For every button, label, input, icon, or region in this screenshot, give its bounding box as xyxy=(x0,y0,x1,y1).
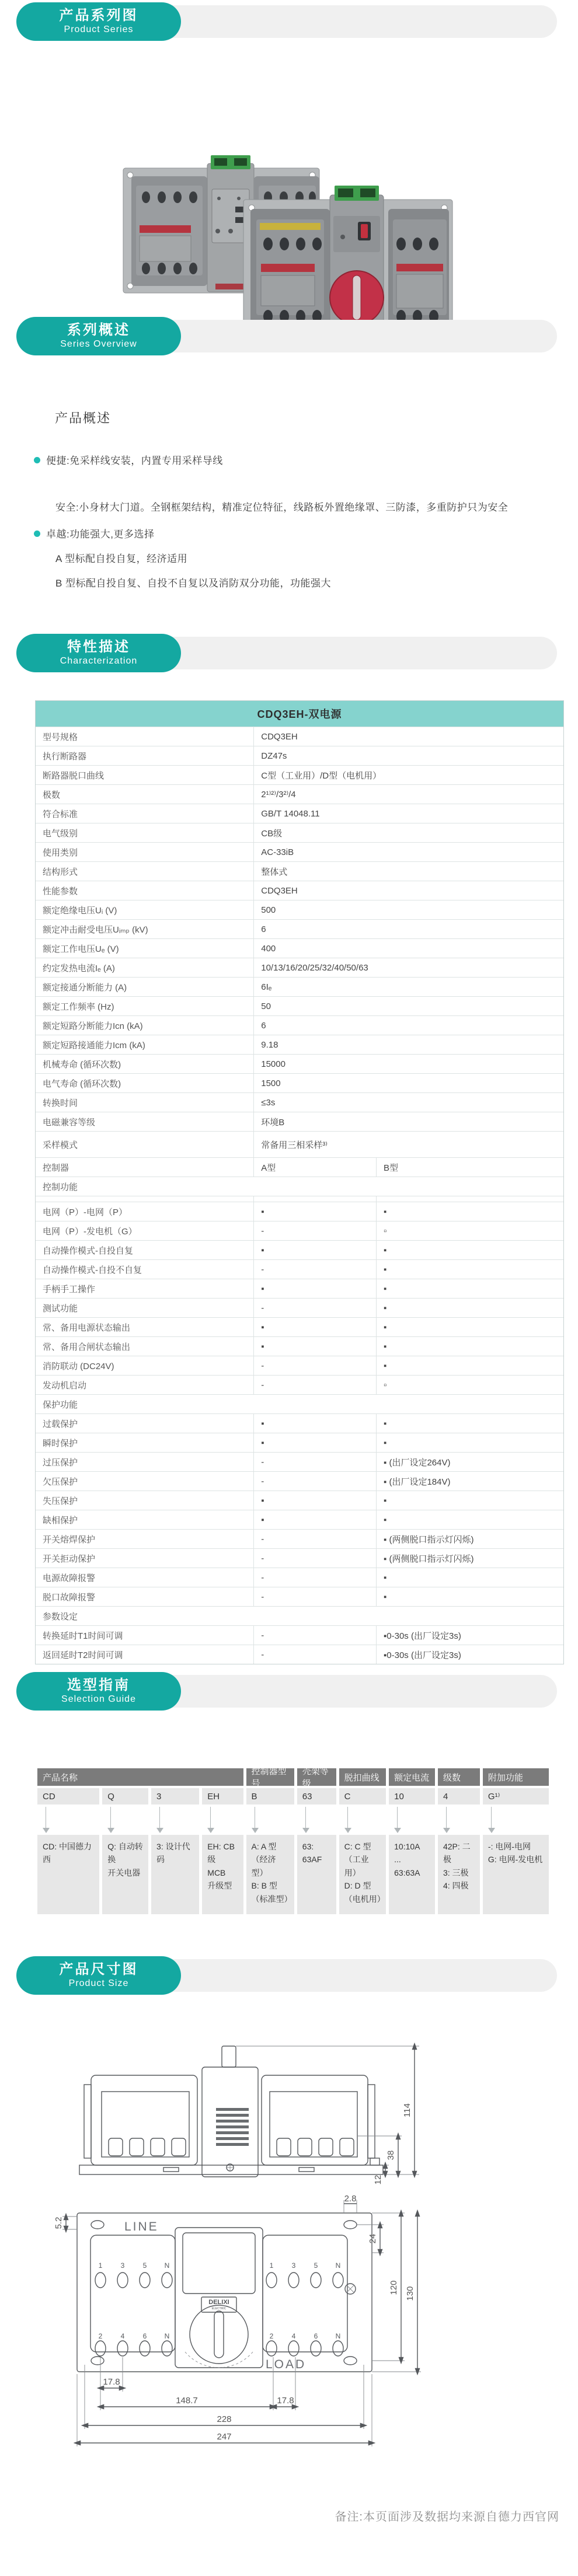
spec-row-value-b: ▪ xyxy=(377,1491,563,1510)
spec-row: 自动操作模式-自投不自复-▪ xyxy=(36,1259,563,1279)
selection-code-cell: Q xyxy=(102,1788,148,1804)
terminal-label: 3 xyxy=(121,2261,125,2270)
spec-row-label: 断路器脱口曲线 xyxy=(36,766,254,784)
badge-title-zh: 特性描述 xyxy=(67,640,130,655)
spec-row-value-a: ▪ xyxy=(254,1202,377,1221)
spec-row: 电气寿命 (循环次数)1500 xyxy=(36,1073,563,1092)
spec-row-value-b: ▪ xyxy=(377,1337,563,1356)
selection-header-cell: 额定电流 xyxy=(389,1768,435,1786)
spec-row: 电网（P）-电网（P）▪▪ xyxy=(36,1202,563,1221)
spec-row-value-a: ▪ xyxy=(254,1510,377,1529)
spec-row-value: 常备用三相采样³⁾ xyxy=(254,1132,563,1157)
section-badge-series-overview: 系列概述 Series Overview xyxy=(16,317,557,355)
spec-row-value-b: ▪ xyxy=(377,1299,563,1317)
badge-title-zh: 选型指南 xyxy=(67,1678,130,1693)
selection-explanation-cell: 42P: 二极 3: 三极 4: 四极 xyxy=(438,1835,480,1914)
section-badge-product-size: 产品尺寸图 Product Size xyxy=(16,1956,557,1995)
spec-row-label: 过压保护 xyxy=(36,1453,254,1471)
spec-row: 自动操作模式-自投自复▪▪ xyxy=(36,1240,563,1259)
spec-spacer-cell xyxy=(36,1196,254,1202)
spec-row: 采样模式常备用三相采样³⁾ xyxy=(36,1131,563,1157)
spec-row-value: 2¹⁾²⁾/3²⁾/4 xyxy=(254,785,563,804)
terminal-label: 4 xyxy=(292,2332,296,2340)
bullet-dot-icon xyxy=(34,530,40,537)
terminal-label: N xyxy=(165,2261,170,2270)
selection-code-cell: 10 xyxy=(389,1788,435,1804)
spec-row-value: 6 xyxy=(254,920,563,938)
selection-code-cell: EH xyxy=(202,1788,243,1804)
spec-row: 手柄手工操作▪▪ xyxy=(36,1279,563,1298)
selection-header-cell: 级数 xyxy=(438,1768,480,1786)
spec-row-label: 额定工作电压Uₑ (V) xyxy=(36,939,254,958)
spec-row-value-b: ▪ (出厂设定264V) xyxy=(377,1453,563,1471)
spec-row-label: 控制器 xyxy=(36,1158,254,1177)
spec-row-label: 约定发热电流Iₑ (A) xyxy=(36,958,254,977)
selection-explanation-cell: CD: 中国德力西 xyxy=(37,1835,99,1914)
spec-row-label: 采样模式 xyxy=(36,1132,254,1157)
arrow-line xyxy=(397,1807,398,1829)
down-arrow-icon xyxy=(151,1806,199,1835)
selection-explanation-cell: 63: 63AF xyxy=(297,1835,336,1914)
spec-row-value-a: ▪ xyxy=(254,1241,377,1259)
selection-header-row: 产品名称控制器型号壳架等级脱扣曲线额定电流级数附加功能 xyxy=(37,1768,549,1786)
vent-slats xyxy=(216,2108,249,2146)
terminal-label: 1 xyxy=(99,2261,103,2270)
arrow-head xyxy=(156,1828,163,1833)
arrow-head xyxy=(252,1828,259,1833)
product-page: 产品系列图 Product Series xyxy=(0,0,578,2576)
terminal-label: 6 xyxy=(143,2332,147,2340)
arrow-head xyxy=(443,1828,450,1833)
spec-row-label: 额定短路接通能力Icm (kA) xyxy=(36,1035,254,1054)
spec-row: 机械寿命 (循环次数)15000 xyxy=(36,1054,563,1073)
badge-title-en: Product Series xyxy=(64,25,134,35)
spec-row-value: GB/T 14048.11 xyxy=(254,804,563,823)
spec-row-value: ≤3s xyxy=(254,1093,563,1112)
badge-title-en: Product Size xyxy=(69,1978,129,1989)
spec-row-value-b: ▪ (两侧脱口指示灯闪烁) xyxy=(377,1530,563,1548)
badge-pill: 产品系列图 Product Series xyxy=(16,2,181,41)
down-arrow-icon xyxy=(339,1806,387,1835)
spec-row-value: 15000 xyxy=(254,1055,563,1073)
selection-code-cell: 4 xyxy=(438,1788,480,1804)
spec-row-value: 整体式 xyxy=(254,862,563,881)
arrow-head xyxy=(488,1828,495,1833)
terminal-label: N xyxy=(336,2332,341,2340)
spec-row-value: 50 xyxy=(254,997,563,1015)
down-arrow-icon xyxy=(37,1806,99,1835)
terminal-label: N xyxy=(336,2261,341,2270)
badge-pill: 特性描述 Characterization xyxy=(16,634,181,672)
spec-row: 欠压保护-▪ (出厂设定184V) xyxy=(36,1471,563,1491)
spec-row-label: 电网（P）-电网（P） xyxy=(36,1202,254,1221)
spec-row: 额定工作频率 (Hz)50 xyxy=(36,996,563,1015)
arrow-head xyxy=(302,1828,309,1833)
spec-row-value-a: - xyxy=(254,1221,377,1240)
spec-row-value-b: ▪0-30s (出厂设定3s) xyxy=(377,1626,563,1645)
down-arrow-icon xyxy=(389,1806,435,1835)
arrow-line xyxy=(347,1807,348,1829)
spec-row-label: 欠压保护 xyxy=(36,1472,254,1491)
spec-row-label: 自动操作模式-自投自复 xyxy=(36,1241,254,1259)
spec-section-row: 参数设定 xyxy=(36,1606,563,1625)
overview-bullet: B 型标配自投自复、自投不自复以及消防双分功能，功能强大 xyxy=(34,577,548,591)
overview-bullet: 便捷:免采样线安装，内置专用采样导线 xyxy=(34,454,548,469)
spec-row: 发动机启动-▫ xyxy=(36,1375,563,1394)
spec-row-label: 额定短路分断能力Icn (kA) xyxy=(36,1016,254,1035)
selection-explanation-cell: Q: 自动转换 开关电器 xyxy=(102,1835,148,1914)
spec-row-value-a: - xyxy=(254,1549,377,1568)
down-arrow-icon xyxy=(202,1806,243,1835)
spec-section-label: 参数设定 xyxy=(36,1607,563,1625)
spec-row: 型号规格CDQ3EH xyxy=(36,727,563,746)
spec-row: 额定短路分断能力Icn (kA)6 xyxy=(36,1015,563,1035)
selection-code-cell: 3 xyxy=(151,1788,199,1804)
spec-row-label: 开关拒动保护 xyxy=(36,1549,254,1568)
spec-row: 电磁兼容等级环境B xyxy=(36,1112,563,1131)
spec-row-value-a: - xyxy=(254,1587,377,1606)
terminal-label: N xyxy=(165,2332,170,2340)
spec-row-value-a: - xyxy=(254,1645,377,1664)
spec-row: 额定短路接通能力Icm (kA)9.18 xyxy=(36,1035,563,1054)
spec-section-label: 保护功能 xyxy=(36,1395,563,1413)
badge-pill: 系列概述 Series Overview xyxy=(16,317,181,355)
spec-row-label: 自动操作模式-自投不自复 xyxy=(36,1260,254,1279)
spec-spacer-row xyxy=(36,1196,563,1202)
arrow-head xyxy=(207,1828,214,1833)
arrow-line xyxy=(255,1807,255,1829)
badge-title-en: Selection Guide xyxy=(61,1694,136,1705)
spec-row-value: CDQ3EH xyxy=(254,881,563,900)
selection-arrow-row xyxy=(37,1806,549,1835)
terminal-label: 5 xyxy=(143,2261,147,2270)
overview-bullet: 安全:小身材大门道。全钢框架结构，精准定位特征，线路板外置绝缘罩、三防漆，多重防… xyxy=(34,501,548,515)
spec-row-value-b: ▪ (出厂设定184V) xyxy=(377,1472,563,1491)
footer-note: 备注:本页面涉及数据均来源自德力西官网 xyxy=(335,2507,559,2524)
spec-row-label: 电气寿命 (循环次数) xyxy=(36,1074,254,1092)
badge-title-zh: 产品尺寸图 xyxy=(60,1962,138,1977)
badge-pill: 产品尺寸图 Product Size xyxy=(16,1956,181,1995)
spec-row: 结构形式整体式 xyxy=(36,861,563,881)
spec-row-value-a: - xyxy=(254,1626,377,1645)
spec-section-row: 控制功能 xyxy=(36,1177,563,1196)
spec-row-label: 常、备用合闸状态输出 xyxy=(36,1337,254,1356)
spec-row-value-b: ▪ xyxy=(377,1414,563,1433)
selection-code-cell: C xyxy=(339,1788,387,1804)
spec-row-label: 消防联动 (DC24V) xyxy=(36,1356,254,1375)
spec-section-label: 控制功能 xyxy=(36,1177,563,1196)
spec-row-label: 电网（P）-发电机（G） xyxy=(36,1221,254,1240)
selection-explanation-row: CD: 中国德力西Q: 自动转换 开关电器3: 设计代码EH: CB 级 MCB… xyxy=(37,1835,549,1914)
spec-row: 极数2¹⁾²⁾/3²⁾/4 xyxy=(36,784,563,804)
spec-table-title: CDQ3EH-双电源 xyxy=(36,701,563,727)
down-arrow-icon xyxy=(246,1806,294,1835)
spec-row-value-a: - xyxy=(254,1260,377,1279)
spec-section-row: 保护功能 xyxy=(36,1394,563,1413)
spec-row-value-b: ▪ xyxy=(377,1202,563,1221)
ats-device-front xyxy=(243,186,452,335)
spec-row-value-b: ▪ xyxy=(377,1510,563,1529)
arrow-line xyxy=(491,1807,492,1829)
dim-130: 130 xyxy=(405,2286,415,2301)
selection-code-cell: B xyxy=(246,1788,294,1804)
dim-24: 24 xyxy=(368,2234,378,2244)
spec-row-value: CB级 xyxy=(254,823,563,842)
spec-spacer-cell xyxy=(254,1196,377,1202)
spec-row-value-a: ▪ xyxy=(254,1279,377,1298)
arrow-head xyxy=(107,1828,114,1833)
spec-row: 缺相保护▪▪ xyxy=(36,1510,563,1529)
spec-row-value-b: ▪ xyxy=(377,1318,563,1336)
selection-code-cell: CD xyxy=(37,1788,99,1804)
badge-title-en: Characterization xyxy=(60,656,138,666)
spec-row: 瞬时保护▪▪ xyxy=(36,1433,563,1452)
spec-row-value-b: ▫ xyxy=(377,1221,563,1240)
spec-row-value: DZ47s xyxy=(254,746,563,765)
spec-row-label: 转换时间 xyxy=(36,1093,254,1112)
spec-row-label: 测试功能 xyxy=(36,1299,254,1317)
dim-148-7: 148.7 xyxy=(176,2396,198,2406)
product-overview: 产品概述 便捷:免采样线安装，内置专用采样导线安全:小身材大门道。全钢框架结构，… xyxy=(34,409,548,601)
spec-row-value: 500 xyxy=(254,900,563,919)
spec-row: 断路器脱口曲线C型（工业用）/D型（电机用） xyxy=(36,765,563,784)
overview-bullet-text: B 型标配自投自复、自投不自复以及消防双分功能，功能强大 xyxy=(46,577,331,591)
selection-explanation-cell: C: C 型 （工业用） D: D 型 （电机用） xyxy=(339,1835,387,1914)
spec-row-value-b: ▪ xyxy=(377,1587,563,1606)
arrow-line xyxy=(305,1807,306,1829)
arrow-head xyxy=(394,1828,401,1833)
spec-row-label: 瞬时保护 xyxy=(36,1433,254,1452)
spec-row-label: 额定绝缘电压Uᵢ (V) xyxy=(36,900,254,919)
spec-row-value: CDQ3EH xyxy=(254,727,563,746)
overview-bullet: A 型标配自投自复，经济适用 xyxy=(34,552,548,567)
spec-row-value-a: - xyxy=(254,1453,377,1471)
spec-row-value-b: ▪ xyxy=(377,1433,563,1452)
spec-row: 额定接通分断能力 (A)6Iₑ xyxy=(36,977,563,996)
spec-row: 执行断路器DZ47s xyxy=(36,746,563,765)
spec-row: 性能参数CDQ3EH xyxy=(36,881,563,900)
spec-row-value: 400 xyxy=(254,939,563,958)
selection-header-cell: 控制器型号 xyxy=(246,1768,294,1786)
spec-row-label: 返回延时T2时间可调 xyxy=(36,1645,254,1664)
spec-row-label: 过载保护 xyxy=(36,1414,254,1433)
front-view-drawing: 114 38 12 xyxy=(76,2038,426,2191)
dim-120: 120 xyxy=(389,2280,399,2295)
spec-row-label: 额定工作频率 (Hz) xyxy=(36,997,254,1015)
spec-row-label: 开关熔焊保护 xyxy=(36,1530,254,1548)
terminal-label: 2 xyxy=(270,2332,274,2340)
spec-row: 脱口故障报警-▪ xyxy=(36,1587,563,1606)
selection-explanation-cell: A: A 型 （经济型） B: B 型 （标准型） xyxy=(246,1835,294,1914)
spec-row-value: 10/13/16/20/25/32/40/50/63 xyxy=(254,958,563,977)
spec-row: 约定发热电流Iₑ (A)10/13/16/20/25/32/40/50/63 xyxy=(36,958,563,977)
terminal-label: 6 xyxy=(314,2332,318,2340)
spec-row: 开关熔焊保护-▪ (两侧脱口指示灯闪烁) xyxy=(36,1529,563,1548)
spec-row-value-a: ▪ xyxy=(254,1318,377,1336)
badge-title-zh: 系列概述 xyxy=(67,323,130,338)
down-arrow-icon xyxy=(438,1806,480,1835)
spec-row-value: 6Iₑ xyxy=(254,978,563,996)
spec-row-value-a: A型 xyxy=(254,1158,377,1177)
spec-row: 额定绝缘电压Uᵢ (V)500 xyxy=(36,900,563,919)
overview-bullet-text: A 型标配自投自复，经济适用 xyxy=(46,552,187,567)
spec-row-label: 电源故障报警 xyxy=(36,1568,254,1587)
bullet-dot-icon xyxy=(34,457,40,463)
selection-header-cell: 附加功能 xyxy=(483,1768,549,1786)
spec-row-label: 型号规格 xyxy=(36,727,254,746)
badge-pill: 选型指南 Selection Guide xyxy=(16,1672,181,1711)
arrow-line xyxy=(159,1807,160,1829)
spec-row-label: 常、备用电源状态输出 xyxy=(36,1318,254,1336)
overview-bullet: 卓越:功能强大,更多选择 xyxy=(34,528,548,542)
spec-row-value-a: ▪ xyxy=(254,1337,377,1356)
spec-row-value-a: ▪ xyxy=(254,1491,377,1510)
spec-row: 转换时间≤3s xyxy=(36,1092,563,1112)
badge-title-en: Series Overview xyxy=(60,339,137,350)
dim-38: 38 xyxy=(386,2151,396,2160)
dim-114: 114 xyxy=(402,2103,412,2117)
spec-row-label: 电磁兼容等级 xyxy=(36,1112,254,1131)
selection-code-cell: 63 xyxy=(297,1788,336,1804)
dim-5-2: 5.2 xyxy=(55,2217,64,2229)
spec-row-value: 9.18 xyxy=(254,1035,563,1054)
spec-row-label: 额定接通分断能力 (A) xyxy=(36,978,254,996)
spec-row: 失压保护▪▪ xyxy=(36,1491,563,1510)
dim-228: 228 xyxy=(217,2414,231,2424)
selection-header-cell: 脱扣曲线 xyxy=(339,1768,387,1786)
arrow-line xyxy=(46,1807,46,1829)
spec-row-value-b: ▪ xyxy=(377,1260,563,1279)
spec-row: 过载保护▪▪ xyxy=(36,1413,563,1433)
spec-row: 转换延时T1时间可调-▪0-30s (出厂设定3s) xyxy=(36,1625,563,1645)
spec-row-label: 额定冲击耐受电压Uᵢₘₚ (kV) xyxy=(36,920,254,938)
arrow-head xyxy=(344,1828,351,1833)
spec-row-value-a: ▪ xyxy=(254,1414,377,1433)
spec-row-value-a: - xyxy=(254,1299,377,1317)
spec-row: 常、备用电源状态输出▪▪ xyxy=(36,1317,563,1336)
selection-code-row: CDQ3EHB63C104G¹⁾ xyxy=(37,1788,549,1804)
selection-table: 产品名称控制器型号壳架等级脱扣曲线额定电流级数附加功能 CDQ3EHB63C10… xyxy=(37,1768,549,1914)
spec-row-label: 脱口故障报警 xyxy=(36,1587,254,1606)
spec-row: 电源故障报警-▪ xyxy=(36,1568,563,1587)
spec-row-value-b: B型 xyxy=(377,1158,563,1177)
spec-row: 开关拒动保护-▪ (两侧脱口指示灯闪烁) xyxy=(36,1548,563,1568)
section-badge-product-series: 产品系列图 Product Series xyxy=(16,2,557,41)
terminal-label: 4 xyxy=(121,2332,125,2340)
spec-row-value-a: ▪ xyxy=(254,1433,377,1452)
brand-label: DELIXI xyxy=(208,2299,229,2306)
overview-bullet-text: 卓越:功能强大,更多选择 xyxy=(46,528,154,542)
spec-row: 过压保护-▪ (出厂设定264V) xyxy=(36,1452,563,1471)
selection-header-cell: 壳架等级 xyxy=(297,1768,336,1786)
spec-spacer-cell xyxy=(377,1196,563,1202)
terminal-label: 5 xyxy=(314,2261,318,2270)
arrow-line xyxy=(446,1807,447,1829)
spec-row-value-b: ▪ xyxy=(377,1279,563,1298)
down-arrow-icon xyxy=(483,1806,549,1835)
section-badge-selection-guide: 选型指南 Selection Guide xyxy=(16,1672,557,1711)
spec-row: 测试功能-▪ xyxy=(36,1298,563,1317)
top-view-drawing: LINE LOAD DELIXI ELECTRIC xyxy=(55,2195,528,2453)
selection-explanation-cell: 10:10A ... 63:63A xyxy=(389,1835,435,1914)
spec-row-label: 转换延时T1时间可调 xyxy=(36,1626,254,1645)
spec-row-label: 执行断路器 xyxy=(36,746,254,765)
spec-row-value-b: ▪ xyxy=(377,1568,563,1587)
spec-row-value-a: - xyxy=(254,1376,377,1394)
spec-row-value: C型（工业用）/D型（电机用） xyxy=(254,766,563,784)
spec-row-label: 电气级别 xyxy=(36,823,254,842)
selection-header-cell: 产品名称 xyxy=(37,1768,243,1786)
spec-row-value-b: ▪ xyxy=(377,1356,563,1375)
down-arrow-icon xyxy=(297,1806,336,1835)
dim-247: 247 xyxy=(217,2432,231,2442)
brand-sub-label: ELECTRIC xyxy=(212,2307,227,2310)
spec-table: CDQ3EH-双电源 型号规格CDQ3EH执行断路器DZ47s断路器脱口曲线C型… xyxy=(35,700,564,1664)
spec-row-label: 发动机启动 xyxy=(36,1376,254,1394)
spec-row-label: 性能参数 xyxy=(36,881,254,900)
terminal-label: 3 xyxy=(292,2261,296,2270)
spec-row-value: 环境B xyxy=(254,1112,563,1131)
dim-12: 12 xyxy=(373,2175,383,2185)
overview-bullet-text: 便捷:免采样线安装，内置专用采样导线 xyxy=(46,454,223,469)
dim-2-8: 2.8 xyxy=(344,2195,357,2204)
spec-row-value: AC-33iB xyxy=(254,843,563,861)
section-badge-characterization: 特性描述 Characterization xyxy=(16,634,557,672)
spec-row-value-b: ▪ (两侧脱口指示灯闪烁) xyxy=(377,1549,563,1568)
spec-row-value-b: ▪ xyxy=(377,1241,563,1259)
spec-row-value: 1500 xyxy=(254,1074,563,1092)
spec-row-label: 机械寿命 (循环次数) xyxy=(36,1055,254,1073)
arrow-line xyxy=(210,1807,211,1829)
spec-row-label: 缺相保护 xyxy=(36,1510,254,1529)
arrow-line xyxy=(110,1807,111,1829)
spec-row-value-a: - xyxy=(254,1472,377,1491)
spec-row-label: 结构形式 xyxy=(36,862,254,881)
terminal-label: 1 xyxy=(270,2261,274,2270)
selection-explanation-cell: -: 电网-电网 G: 电网-发电机 xyxy=(483,1835,549,1914)
spec-row: 返回延时T2时间可调-▪0-30s (出厂设定3s) xyxy=(36,1645,563,1664)
spec-row: 额定冲击耐受电压Uᵢₘₚ (kV)6 xyxy=(36,919,563,938)
line-label: LINE xyxy=(124,2220,159,2233)
selection-explanation-cell: EH: CB 级 MCB 升级型 xyxy=(202,1835,243,1914)
spec-row: 电网（P）-发电机（G）-▫ xyxy=(36,1221,563,1240)
spec-row-value-a: - xyxy=(254,1356,377,1375)
load-label: LOAD xyxy=(266,2358,306,2371)
spec-row: 电气级别CB级 xyxy=(36,823,563,842)
spec-row-value-b: ▪0-30s (出厂设定3s) xyxy=(377,1645,563,1664)
dim-17-8-right: 17.8 xyxy=(277,2396,294,2406)
spec-row: 常、备用合闸状态输出▪▪ xyxy=(36,1336,563,1356)
terminal-label: 2 xyxy=(99,2332,103,2340)
spec-table-body: 型号规格CDQ3EH执行断路器DZ47s断路器脱口曲线C型（工业用）/D型（电机… xyxy=(36,727,563,1664)
selection-explanation-cell: 3: 设计代码 xyxy=(151,1835,199,1914)
arrow-head xyxy=(43,1828,50,1833)
down-arrow-icon xyxy=(102,1806,148,1835)
spec-row: 额定工作电压Uₑ (V)400 xyxy=(36,938,563,958)
spec-row-value: 6 xyxy=(254,1016,563,1035)
overview-bullet-text: 安全:小身材大门道。全钢框架结构，精准定位特征，线路板外置绝缘罩、三防漆，多重防… xyxy=(46,501,508,515)
spec-row: 使用类别AC-33iB xyxy=(36,842,563,861)
spec-row-value-a: - xyxy=(254,1568,377,1587)
spec-row: 消防联动 (DC24V)-▪ xyxy=(36,1356,563,1375)
spec-row-value-a: - xyxy=(254,1530,377,1548)
badge-title-zh: 产品系列图 xyxy=(60,8,138,23)
product-photo xyxy=(120,153,461,341)
spec-row-label: 符合标准 xyxy=(36,804,254,823)
overview-title: 产品概述 xyxy=(55,409,111,427)
spec-row-label: 极数 xyxy=(36,785,254,804)
spec-row-label: 失压保护 xyxy=(36,1491,254,1510)
